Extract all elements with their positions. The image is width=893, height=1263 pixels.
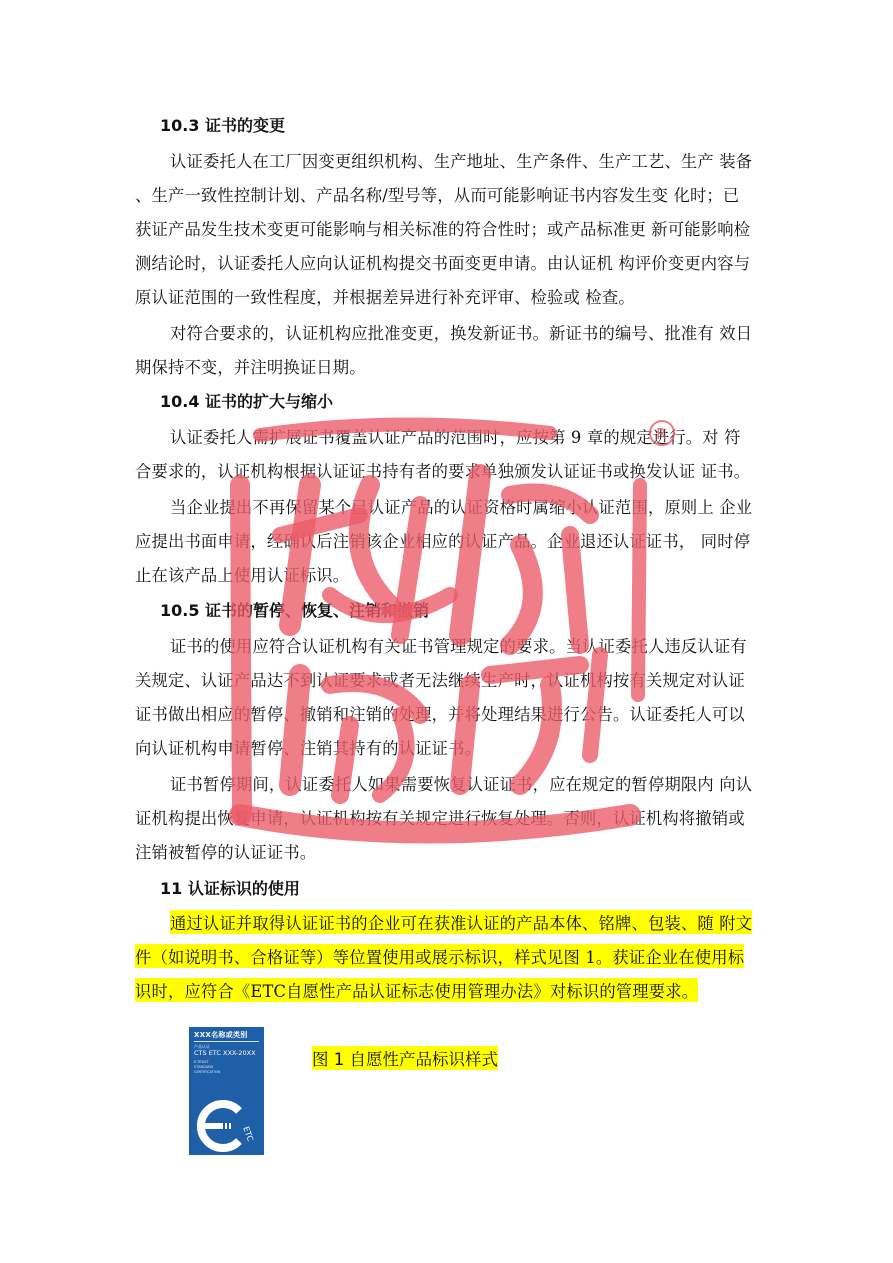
- paragraph-line: 注销被暂停的认证证书。: [135, 839, 316, 863]
- paragraph-line: 期保持不变，并注明换证日期。: [135, 354, 366, 378]
- certification-logo: XXX名称或类别 产品认证 CTS ETC XXX-20XX E-TRUST S…: [189, 1027, 264, 1155]
- highlighted-line: 通过认证并取得认证证书的企业可在获准认证的产品本体、铭牌、包装、随 附文: [170, 910, 752, 934]
- logo-title: XXX名称或类别: [194, 1030, 248, 1040]
- section-heading-10-4: 10.4 证书的扩大与缩小: [160, 389, 333, 412]
- logo-small-text: E-TRUST STANDARD CERTIFICATION: [194, 1060, 220, 1075]
- paragraph-line: 认证委托人在工厂因变更组织机构、生产地址、生产条件、生产工艺、生产 装备: [170, 148, 752, 172]
- paragraph-line: 认证委托人需扩展证书覆盖认证产品的范围时，应按第 9 章的规定进行。对 符: [170, 424, 741, 448]
- section-heading-10-5: 10.5 证书的暂停、恢复、注销和撤销: [160, 598, 429, 621]
- highlighted-line: 件（如说明书、合格证等）等位置使用或展示标识，样式见图 1。获证企业在使用标: [135, 944, 744, 968]
- section-heading-10-3: 10.3 证书的变更: [160, 113, 285, 136]
- paragraph-line: 证书做出相应的暂停、撤销和注销的处理，并将处理结果进行公告。认证委托人可以: [135, 701, 745, 725]
- paragraph-line: 对符合要求的，认证机构应批准变更，换发新证书。新证书的编号、批准有 效日: [170, 320, 752, 344]
- paragraph-line: 应提出书面申请，经确认后注销该企业相应的认证产品。企业退还认证证书， 同时停: [135, 528, 750, 552]
- etc-emblem-icon: ETC: [193, 1099, 261, 1153]
- paragraph-line: 止在该产品上使用认证标识。: [135, 562, 349, 586]
- paragraph-line: 原认证范围的一致性程度，并根据差异进行补充评审、检验或 检查。: [135, 284, 635, 308]
- paragraph-line: 合要求的，认证机构根据认证证书持有者的要求单独颁发认证证书或换发认证 证书。: [135, 458, 750, 482]
- paragraph-line: 、生产一致性控制计划、产品名称/型号等，从而可能影响证书内容发生变 化时；已: [135, 182, 739, 206]
- paragraph-line: 向认证机构申请暂停、注销其持有的认证证书。: [135, 735, 481, 759]
- paragraph-line: 证书的使用应符合认证机构有关证书管理规定的要求。当认证委托人违反认证有: [170, 633, 747, 657]
- figure-caption: 图 1 自愿性产品标识样式: [312, 1046, 498, 1070]
- logo-divider: [194, 1041, 259, 1042]
- highlighted-line: 识时，应符合《ETC自愿性产品认证标志使用管理办法》对标识的管理要求。: [135, 978, 698, 1002]
- logo-code: CTS ETC XXX-20XX: [194, 1049, 256, 1057]
- section-heading-11: 11 认证标识的使用: [160, 876, 300, 899]
- paragraph-line: 证机构提出恢复申请，认证机构按有关规定进行恢复处理。否则，认证机构将撤销或: [135, 805, 745, 829]
- paragraph-line: 获证产品发生技术变更可能影响与相关标准的符合性时；或产品标准更 新可能影响检: [135, 216, 750, 240]
- paragraph-line: 测结论时，认证委托人应向认证机构提交书面变更申请。由认证机 构评价变更内容与: [135, 250, 750, 274]
- paragraph-line: 证书暂停期间，认证委托人如果需要恢复认证证书，应在规定的暂停期限内 向认: [170, 771, 752, 795]
- paragraph-line: 关规定、认证产品达不到认证要求或者无法继续生产时，认证机构按有关规定对认证: [135, 667, 745, 691]
- paragraph-line: 当企业提出不再保留某个已认证产品的认证资格时属缩小认证范围，原则上 企业: [170, 494, 752, 518]
- document-page: 10.3 证书的变更 认证委托人在工厂因变更组织机构、生产地址、生产条件、生产工…: [0, 0, 893, 1263]
- svg-text:ETC: ETC: [241, 1125, 255, 1143]
- logo-small-line: CERTIFICATION: [194, 1070, 220, 1075]
